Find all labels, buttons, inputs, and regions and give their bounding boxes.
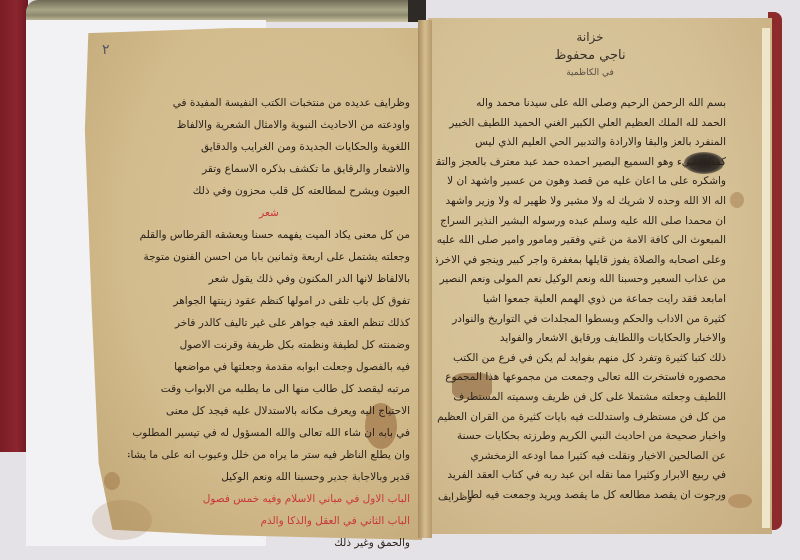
text-line: مرتبه ليقصد كل طالب منها الى ما يطلبه من… [128,378,410,400]
ownership-header: خزانة ناجي محفوظ في الكاظمية [530,28,650,80]
text-line: وان يطلع الناظر فيه ستر ما يراه من خلل و… [128,444,410,466]
text-line: واخبار صحيحة من احاديث النبي الكريم وطرز… [436,427,726,447]
text-line: كثيرة من الاداب والحكم وبسطوا المجلدات ف… [436,310,726,330]
page-block-top [26,0,416,22]
gutter [418,20,432,538]
text-line: وجعلته يشتمل على اربعة وثمانين بابا من ا… [128,246,410,268]
text-line: من كل فن مستظرف واستدللت فيه بايات كثيرة… [436,408,726,428]
text-line: ورجوت ان يقصد مطالعه كل ما يقصد ويريد وج… [436,486,726,506]
text-line: الحمد لله الملك العظيم العلي الكبير الغن… [436,114,726,134]
text-line: وعلى اصحابه والصلاة يفوز قايلها بمغفرة و… [436,251,726,271]
header-line-1: خزانة [530,28,650,46]
text-line: في بابه ان شاء الله تعالى والله المسؤول … [128,422,410,444]
stain [104,472,120,490]
left-page-text: وظرايف عديده من منتخبات الكتب النفيسة ال… [128,92,410,554]
text-line: وضمنته كل لطيفة ونظمته بكل ظريفة وقرنت ا… [128,334,410,356]
text-line: تفوق كل باب تلقى در امولها كنظم عقود زين… [128,290,410,312]
text-line: اللطيف وجعلته مشتملا على كل فن ظريف وسمي… [436,388,726,408]
text-line: في ربيع الابرار وكثيرا مما نقله ابن عبد … [436,466,726,486]
text-line: من عذاب السعير وحسبنا الله ونعم الوكيل ن… [436,270,726,290]
text-line: الاحتياج اليه ويعرف مكانه بالاستدلال علي… [128,400,410,422]
catchword: وظرايف [438,492,472,503]
text-line: المبعوث الى كافة الامة من غني وفقير ومام… [436,231,726,251]
text-line: والحمق وغير ذلك [128,532,410,554]
text-line: بالالفاظ لانها الدر المكنون وفي ذلك يقول… [128,268,410,290]
text-line: ان محمدا صلى الله عليه وسلم عبده ورسوله … [436,212,726,232]
text-line: واشكره على ما اعان عليه من قصد وهون من ع… [436,172,726,192]
text-line: فيه بالفصول وجعلت ابوابه مقدمة وجعلتها ف… [128,356,410,378]
page-edge [762,28,770,528]
text-line: عن الصالحين الاخيار ونقلت فيه كثيرا مما … [436,447,726,467]
text-line: امابعد فقد رايت جماعة من ذوي الهمم العلي… [436,290,726,310]
right-page-text: بسم الله الرحمن الرحيم وصلى الله على سيد… [436,94,726,505]
text-line: وظرايف عديده من منتخبات الكتب النفيسة ال… [128,92,410,114]
manuscript-photo: ٢ خزانة ناجي محفوظ في الكاظمية وظرايف عد… [0,0,800,560]
chapter-heading: الباب الاول في مباني الاسلام وفيه خمس فص… [128,488,410,510]
text-line: واودعته من الاحاديث النبوية والامثال الش… [128,114,410,136]
text-line: المنفرد بالعز والبقا والارادة والتدبير ا… [436,133,726,153]
text-line: والاخبار والحكايات واللطايف ورقايق الاشع… [436,329,726,349]
text-line: كمثله شيء وهو السميع البصير احمده حمد عب… [436,153,726,173]
text-line: كذلك تنظم العقد فيه جواهر على غير تاليف … [128,312,410,334]
spine [408,0,426,22]
stain [730,192,744,208]
text-line: العيون ويشرح لمطالعته كل قلب محزون وفي ذ… [128,180,410,202]
text-line: والاشعار والرقايق ما تكشف بذكره الاسماع … [128,158,410,180]
rubric-line: شعر [128,202,410,224]
stain [728,494,752,508]
text-line: قدير وبالاجابة جدير وحسبنا الله ونعم الو… [128,466,410,488]
text-line: بسم الله الرحمن الرحيم وصلى الله على سيد… [436,94,726,114]
text-line: محصوره فاستخرت الله تعالى وجمعت من مجموع… [436,368,726,388]
text-line: اللغوية والحكايات الجديدة ومن الغرايب وا… [128,136,410,158]
text-line: اله الا الله وحده لا شريك له ولا مشير ول… [436,192,726,212]
text-line: ذلك كتبا كثيرة وتفرد كل منهم بفوايد لم ي… [436,349,726,369]
header-line-2: ناجي محفوظ [530,46,650,66]
header-line-3: في الكاظمية [530,66,650,80]
chapter-heading: الباب الثاني في العقل والذكا والذم [128,510,410,532]
book-cover-left [0,0,28,452]
folio-number: ٢ [102,42,110,58]
text-line: من كل معنى يكاد الميت يفهمه حسنا ويعشقه … [128,224,410,246]
